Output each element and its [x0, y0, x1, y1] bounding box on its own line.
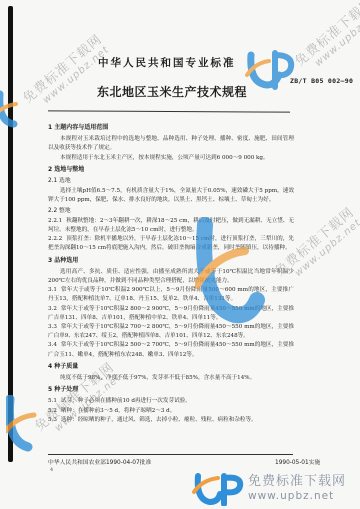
standard-code: ZB/T B05 002—90 — [290, 77, 353, 85]
footer-divider — [48, 454, 293, 455]
approval-date: 中华人民共和国农业部1990-04-07批准 — [48, 457, 151, 466]
clause-number: 3.1 — [48, 287, 57, 293]
document-title: 东北地区玉米生产技术规程 — [97, 83, 247, 100]
page-mark: 4 — [50, 467, 53, 473]
organization-header: 中华人民共和国专业标准 — [98, 55, 236, 70]
paragraph: 本规程适用于东北玉米主产区，按本规程实施，公顷产量可达到6 000～9 000 … — [48, 154, 294, 163]
clause-number: 2.2.1 — [48, 218, 62, 224]
clause-5-3: 5.3选种：经晾晒的种子，通过风、筛选，去掉小粒、瘪粒、残粒、病粒和杂粒等。 — [48, 416, 294, 425]
header-divider — [48, 110, 290, 112]
clause-number: 3.2 — [48, 306, 57, 312]
brand-name: 免费标准下载网 — [248, 470, 346, 489]
clause-number: 3.4 — [48, 342, 57, 348]
paragraph: 本规程对玉米栽培过程中的选地与整地、品种选用、种子处理、播种、密度、施肥、田间管… — [48, 135, 294, 153]
up-brand-logo-icon — [192, 470, 246, 506]
implementation-date: 1990-05-01实施 — [275, 457, 320, 466]
up-logo-icon — [6, 395, 46, 455]
paragraph: 选择土壤pH值6.5～7.5，有机质含量大于1%，全氮量大于0.05%，速效磷大… — [48, 187, 294, 205]
brand-watermark: 免费标准下载网 www.upbz.net — [248, 470, 346, 502]
clause-text: 常年大于或等于10℃积温2 500～2 700℃，5～9月份降雨量450～550… — [48, 342, 294, 357]
subsection-heading-2-1: 2.1 选地 — [48, 177, 294, 186]
up-logo-icon — [245, 45, 295, 90]
clause-text: 常年大于或等于10℃积温2 700～2 800℃，5～9月份降雨量450～550… — [48, 324, 294, 339]
section-heading-1: 1 主题内容与适用范围 — [48, 123, 294, 132]
brand-url: www.upbz.net — [248, 490, 346, 502]
clause-3-4: 3.4常年大于或等于10℃积温2 500～2 700℃，5～9月份降雨量450～… — [48, 341, 294, 359]
clause-text: 选种：经晾晒的种子，通过风、筛选，去掉小粒、瘪粒、残粒、病粒和杂粒等。 — [61, 417, 257, 423]
section-heading-4: 4 种子质量 — [48, 362, 294, 371]
section-heading-2: 2 选地与整地 — [48, 165, 294, 174]
up-logo-icon — [0, 90, 24, 130]
clause-number: 2.2.2 — [48, 236, 62, 242]
clause-3-3: 3.3常年大于或等于10℃积温2 700～2 800℃，5～9月份降雨量450～… — [48, 323, 294, 341]
up-logo-icon-large — [195, 215, 265, 325]
clause-number: 3.3 — [48, 324, 57, 330]
